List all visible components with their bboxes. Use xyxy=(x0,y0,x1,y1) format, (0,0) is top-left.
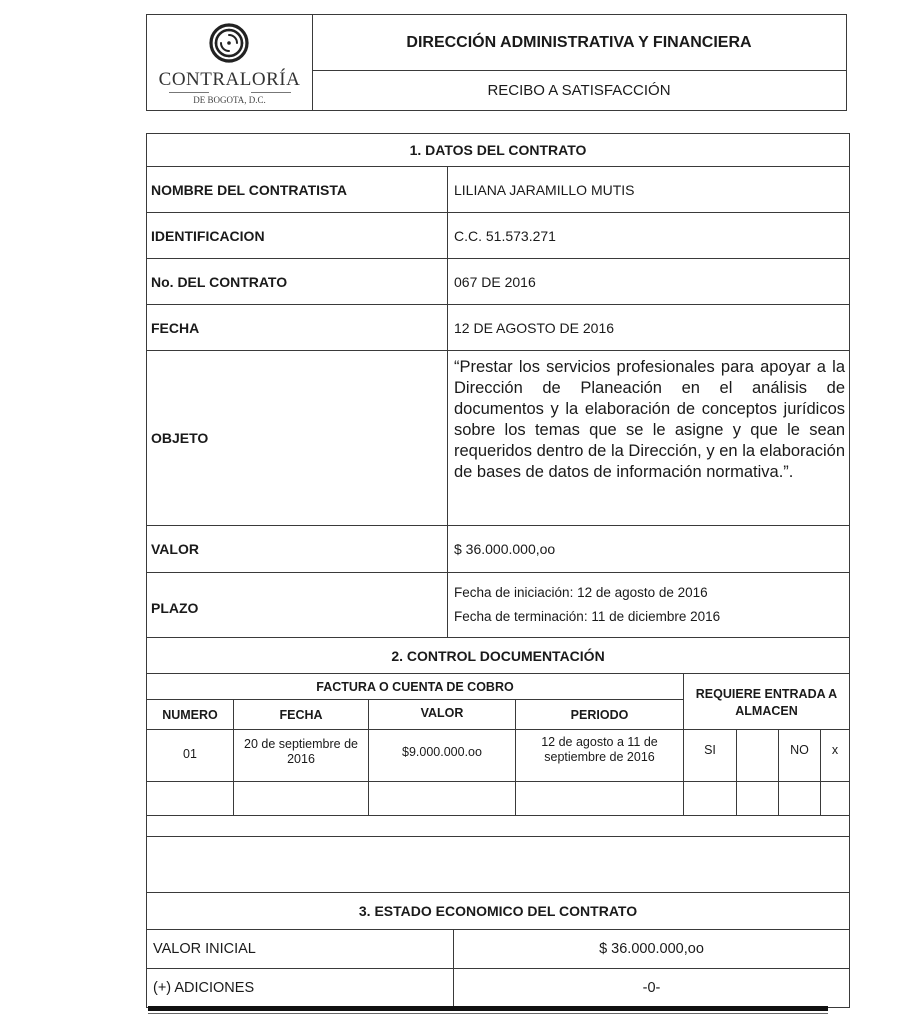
row-adiciones: (+) ADICIONES -0- xyxy=(147,969,849,1007)
cell-no-mark[interactable]: x xyxy=(821,730,849,770)
label-fecha: FECHA xyxy=(147,305,448,350)
value-identificacion: C.C. 51.573.271 xyxy=(448,213,849,258)
row-valor-inicial: VALOR INICIAL $ 36.000.000,oo xyxy=(147,930,849,969)
col-numero: NUMERO xyxy=(147,700,233,729)
row-fecha: FECHA 12 DE AGOSTO DE 2016 xyxy=(147,305,849,351)
section-2-title: 2. CONTROL DOCUMENTACIÓN xyxy=(147,638,849,674)
cell-numero-empty xyxy=(147,782,233,815)
value-plazo: Fecha de iniciación: 12 de agosto de 201… xyxy=(448,573,849,637)
footer-rule-thin xyxy=(148,1013,828,1014)
logo-rule-right xyxy=(251,92,291,93)
blank-section xyxy=(147,837,849,893)
contract-form-table: 1. DATOS DEL CONTRATO NOMBRE DEL CONTRAT… xyxy=(146,133,850,1008)
cell-valor-empty xyxy=(369,782,515,815)
section-1-title: 1. DATOS DEL CONTRATO xyxy=(147,134,849,167)
cell-no-label: NO xyxy=(779,730,820,770)
value-contrato: 067 DE 2016 xyxy=(448,259,849,304)
value-contratista: LILIANA JARAMILLO MUTIS xyxy=(448,167,849,212)
label-identificacion: IDENTIFICACION xyxy=(147,213,448,258)
row-contrato: No. DEL CONTRATO 067 DE 2016 xyxy=(147,259,849,305)
cell-fecha-empty xyxy=(234,782,368,815)
plazo-terminacion: Fecha de terminación: 11 de diciembre 20… xyxy=(454,605,720,629)
col-periodo: PERIODO xyxy=(516,700,683,729)
cell-valor: $9.000.000.oo xyxy=(369,730,515,774)
value-valor-inicial: $ 36.000.000,oo xyxy=(454,930,849,968)
col-valor: VALOR xyxy=(369,700,515,726)
footer-rule-thick xyxy=(148,1006,828,1011)
value-objeto: “Prestar los servicios profesionales par… xyxy=(448,351,849,525)
logo-rule-left xyxy=(169,92,209,93)
cell-periodo-empty xyxy=(516,782,683,815)
document-header: CONTRALORÍA DE BOGOTA, D.C. DIRECCIÓN AD… xyxy=(146,14,847,111)
cell-si-mark[interactable] xyxy=(737,730,778,770)
almacen-header: REQUIERE ENTRADA A ALMACEN xyxy=(684,677,849,729)
plazo-inicio: Fecha de iniciación: 12 de agosto de 201… xyxy=(454,581,708,605)
cell-fecha: 20 de septiembre de 2016 xyxy=(234,730,368,774)
grid-line xyxy=(147,815,849,816)
label-contrato: No. DEL CONTRATO xyxy=(147,259,448,304)
row-valor: VALOR $ 36.000.000,oo xyxy=(147,526,849,573)
label-plazo: PLAZO xyxy=(147,573,448,637)
row-identificacion: IDENTIFICACION C.C. 51.573.271 xyxy=(147,213,849,259)
cell-numero: 01 xyxy=(147,730,233,778)
label-valor: VALOR xyxy=(147,526,448,572)
logo-subtitle: DE BOGOTA, D.C. xyxy=(147,95,312,105)
label-valor-inicial: VALOR INICIAL xyxy=(147,930,454,968)
row-plazo: PLAZO Fecha de iniciación: 12 de agosto … xyxy=(147,573,849,638)
row-contratista: NOMBRE DEL CONTRATISTA LILIANA JARAMILLO… xyxy=(147,167,849,213)
row-objeto: OBJETO “Prestar los servicios profesiona… xyxy=(147,351,849,526)
control-documentacion-grid: FACTURA O CUENTA DE COBRO REQUIERE ENTRA… xyxy=(147,674,849,837)
value-adiciones: -0- xyxy=(454,969,849,1007)
section-3-title: 3. ESTADO ECONOMICO DEL CONTRATO xyxy=(147,893,849,930)
value-fecha: 12 DE AGOSTO DE 2016 xyxy=(448,305,849,350)
logo-block: CONTRALORÍA DE BOGOTA, D.C. xyxy=(147,15,313,110)
spiral-emblem-icon xyxy=(207,21,251,65)
cell-si-label: SI xyxy=(684,730,736,770)
cell-periodo: 12 de agosto a 11 de septiembre de 2016 xyxy=(516,730,683,770)
factura-header: FACTURA O CUENTA DE COBRO xyxy=(147,674,683,699)
label-adiciones: (+) ADICIONES xyxy=(147,969,454,1007)
document-department: DIRECCIÓN ADMINISTRATIVA Y FINANCIERA xyxy=(312,15,846,71)
label-contratista: NOMBRE DEL CONTRATISTA xyxy=(147,167,448,212)
label-objeto: OBJETO xyxy=(147,351,448,525)
logo-name: CONTRALORÍA xyxy=(147,69,312,91)
value-valor: $ 36.000.000,oo xyxy=(448,526,849,572)
document-title: RECIBO A SATISFACCIÓN xyxy=(312,71,846,110)
col-fecha: FECHA xyxy=(234,700,368,729)
